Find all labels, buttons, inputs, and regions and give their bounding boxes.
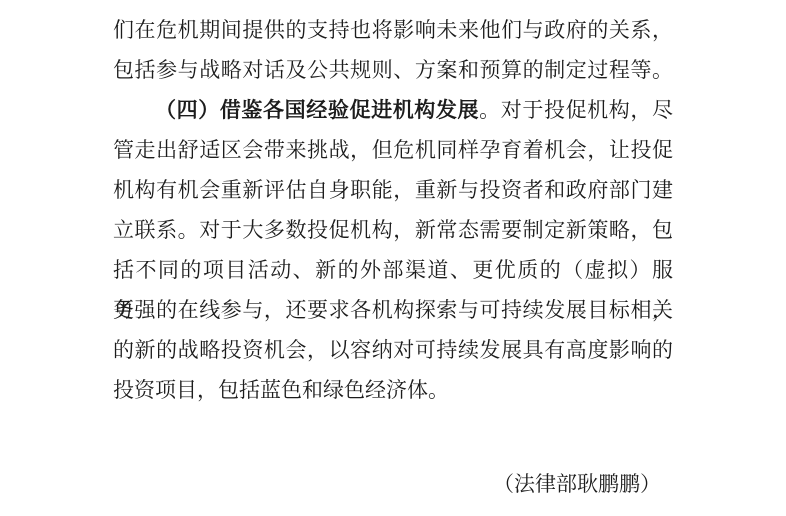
section-heading: （四）借鉴各国经验促进机构发展 [155, 98, 479, 122]
paragraph-last-line: 投资项目，包括蓝色和绿色经济体。 [113, 370, 673, 410]
paragraph-text: 。对于投促机构，尽 [479, 98, 673, 122]
paragraph-line: 包括参与战略对话及公共规则、方案和预算的制定过程等。 [113, 50, 673, 90]
text-block: 们在危机期间提供的支持也将影响未来他们与政府的关系， 包括参与战略对话及公共规则… [113, 10, 673, 504]
signature: （法律部耿鹏鹏） [113, 464, 673, 504]
paragraph-line: 括不同的项目活动、新的外部渠道、更优质的（虚拟）服务， [113, 250, 673, 290]
paragraph-line: 立联系。对于大多数投促机构，新常态需要制定新策略，包 [113, 210, 673, 250]
document-page: 们在危机期间提供的支持也将影响未来他们与政府的关系， 包括参与战略对话及公共规则… [0, 0, 786, 516]
paragraph-line: 们在危机期间提供的支持也将影响未来他们与政府的关系， [113, 10, 673, 50]
paragraph-line: 机构有机会重新评估自身职能，重新与投资者和政府部门建 [113, 170, 673, 210]
section-heading-line: （四）借鉴各国经验促进机构发展。对于投促机构，尽 [113, 90, 673, 130]
paragraph-line: 更强的在线参与，还要求各机构探索与可持续发展目标相关 [113, 290, 673, 330]
paragraph-line: 的新的战略投资机会，以容纳对可持续发展具有高度影响的 [113, 330, 673, 370]
paragraph-line: 管走出舒适区会带来挑战，但危机同样孕育着机会，让投促 [113, 130, 673, 170]
